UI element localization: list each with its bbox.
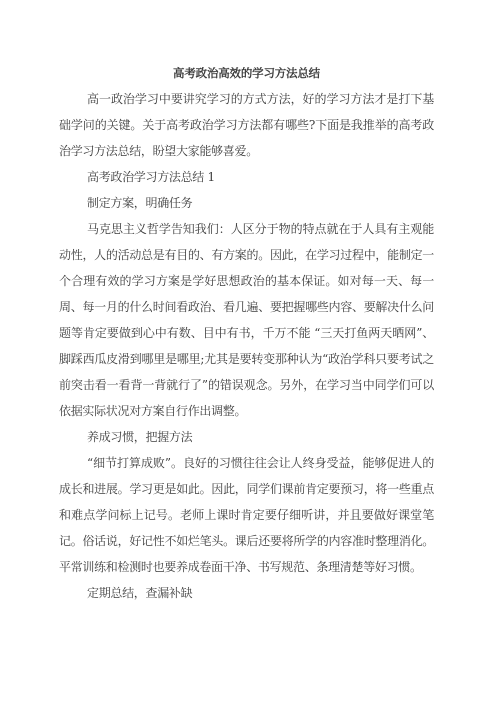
paragraph-intro: 高一政治学习中要讲究学习的方式方法，好的学习方法才是打下基础学问的关键。关于高考… bbox=[59, 86, 434, 164]
section-heading-make-plan: 制定方案，明确任务 bbox=[59, 190, 434, 216]
section-heading-form-habits: 养成习惯，把握方法 bbox=[59, 424, 434, 450]
document-title: 高考政治高效的学习方法总结 bbox=[59, 60, 434, 86]
section-heading-summary-1: 高考政治学习方法总结 1 bbox=[59, 164, 434, 190]
section-heading-periodic-review: 定期总结，查漏补缺 bbox=[59, 580, 434, 606]
paragraph-form-habits-body: “细节打算成败”。良好的习惯往往会让人终身受益，能够促进人的成长和进展。学习更是… bbox=[59, 450, 434, 580]
document-content: 高考政治高效的学习方法总结 高一政治学习中要讲究学习的方式方法，好的学习方法才是… bbox=[0, 0, 500, 606]
document-page: 高考政治高效的学习方法总结 高一政治学习中要讲究学习的方式方法，好的学习方法才是… bbox=[0, 0, 500, 707]
paragraph-make-plan-body: 马克思主义哲学告知我们：人区分于物的特点就在于人具有主观能动性，人的活动总是有目… bbox=[59, 216, 434, 424]
